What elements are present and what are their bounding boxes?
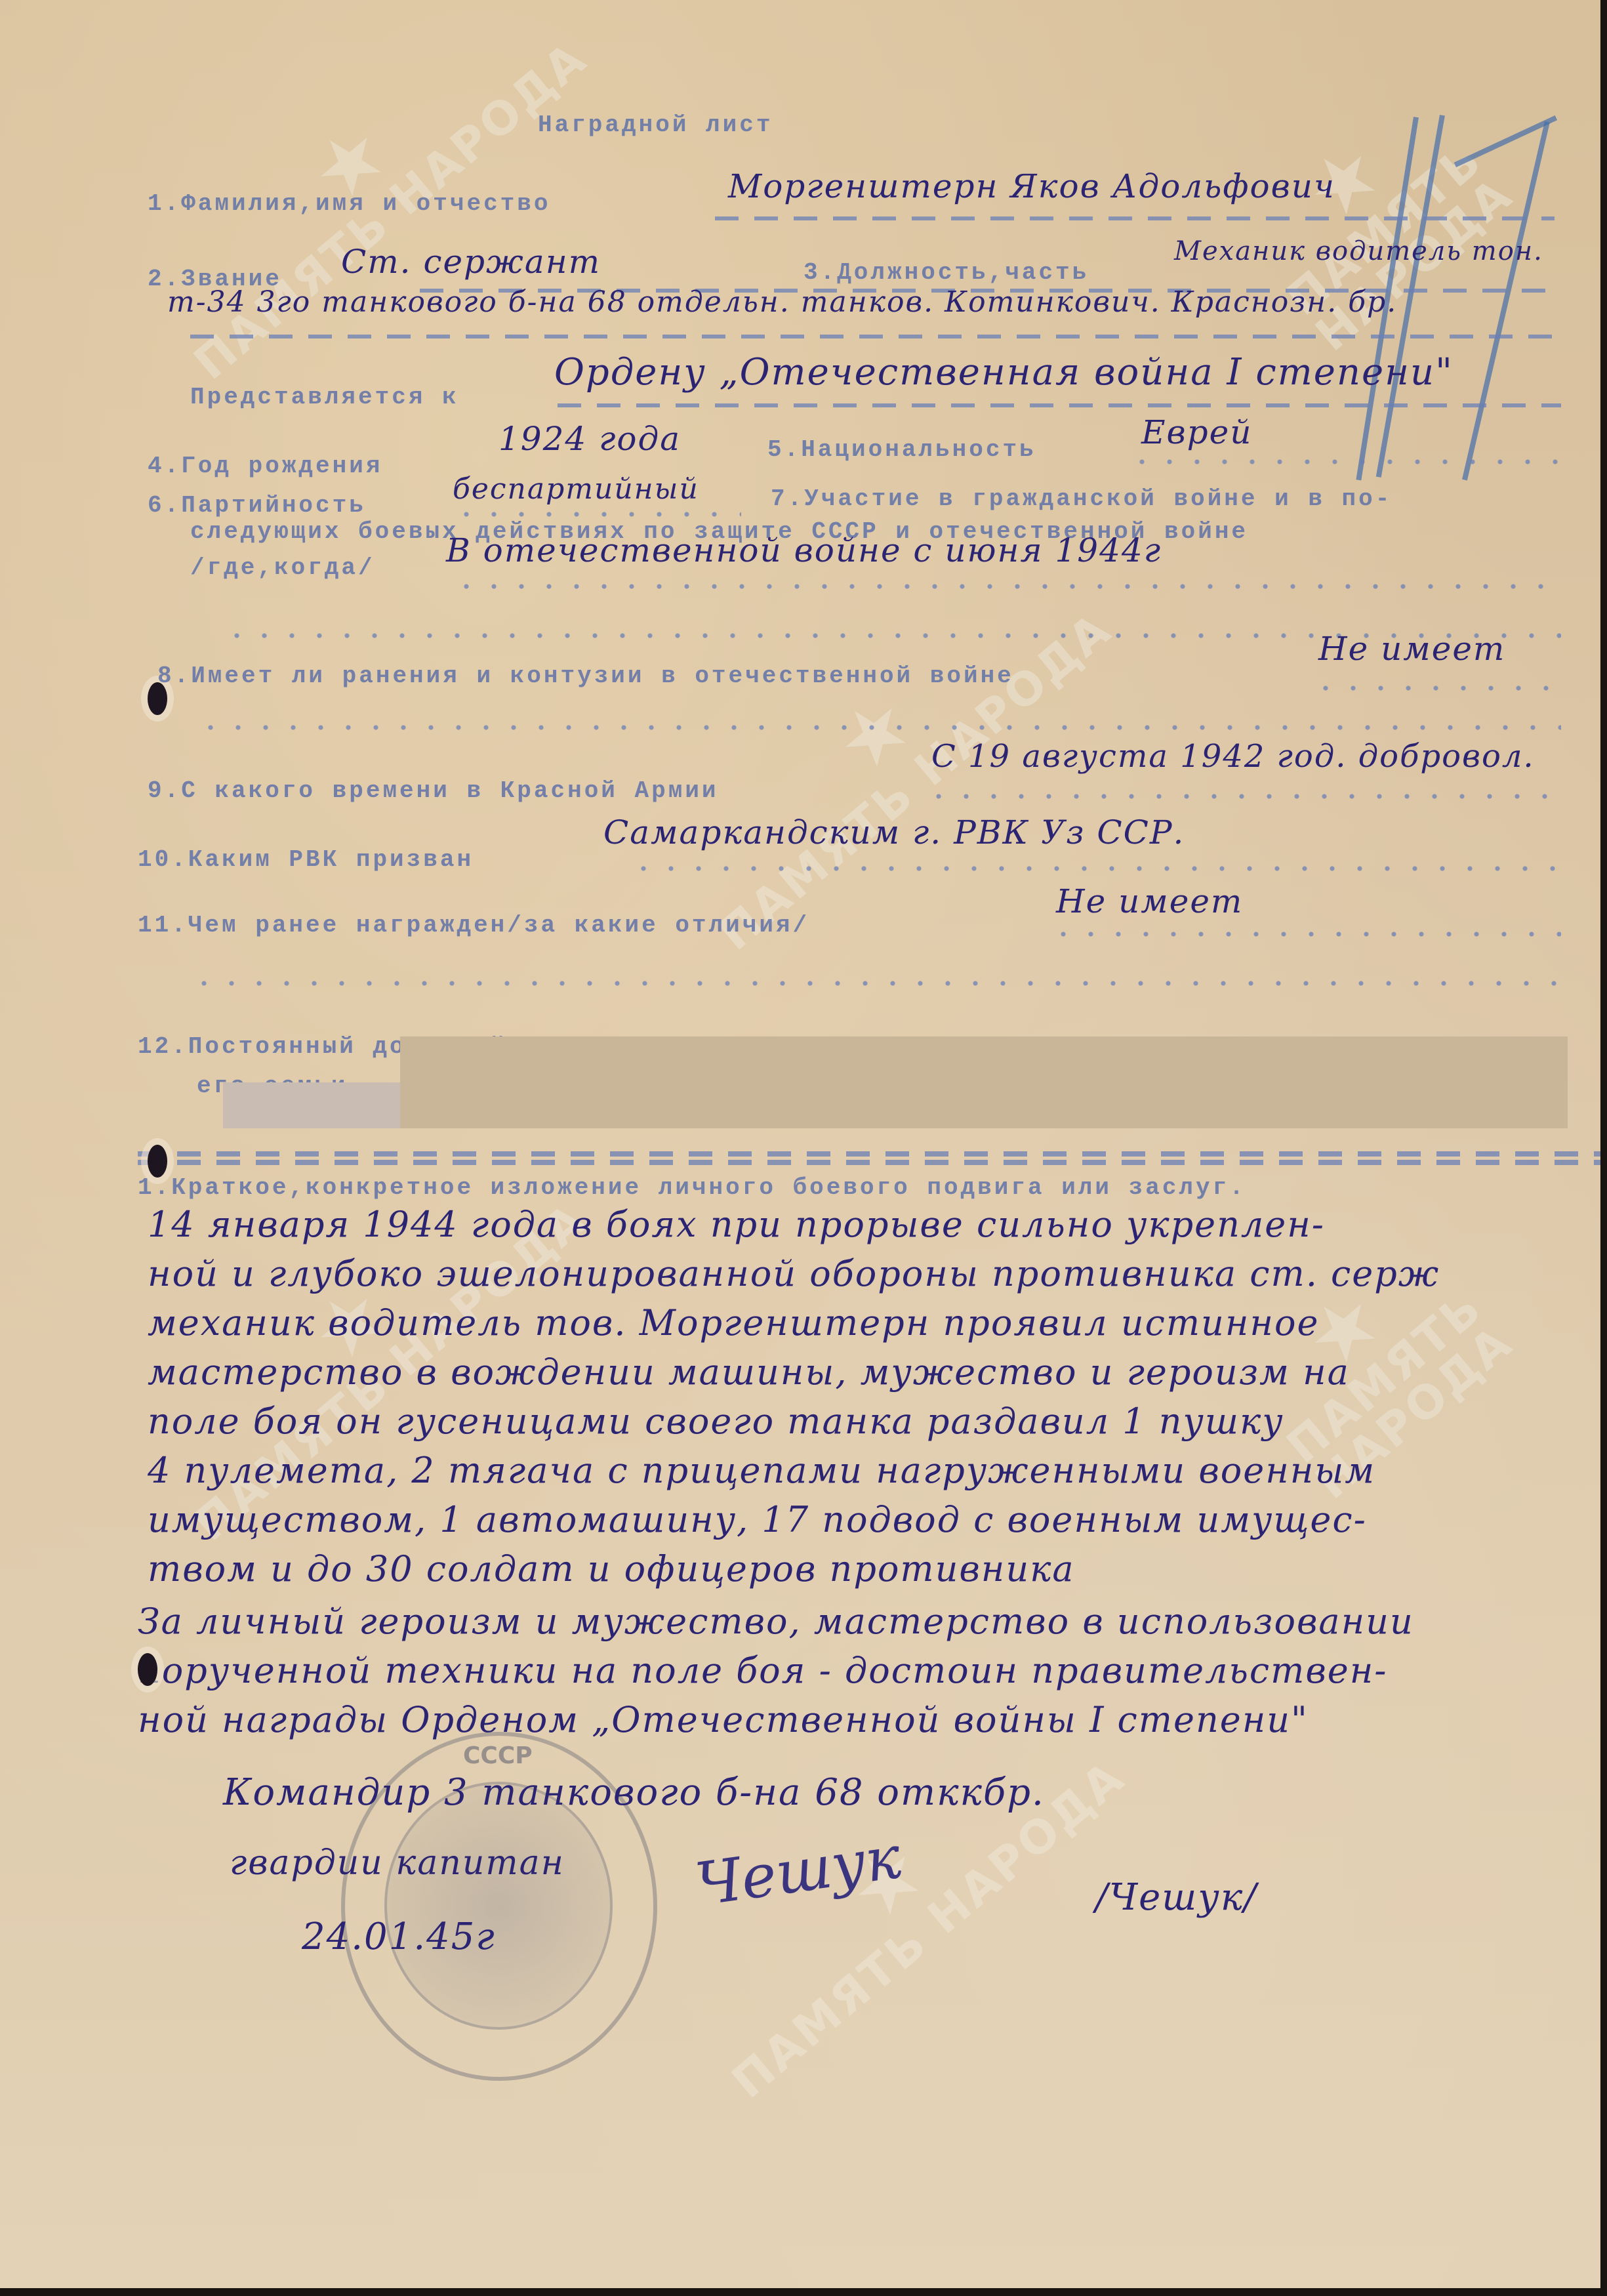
- field-10-label: 10.Каким РВК призван: [138, 846, 474, 873]
- dotted-line: [190, 335, 1561, 338]
- redacted-address: [223, 1082, 400, 1128]
- dotted-line: [558, 403, 1561, 407]
- field-7-label-line1: 7.Участие в гражданской войне и в по-: [771, 485, 1392, 512]
- field-1-value: Моргенштерн Яков Адольфович: [728, 167, 1335, 205]
- field-6-value: беспартийный: [453, 472, 699, 506]
- dotted-line: [190, 981, 1561, 986]
- binder-hole: [148, 1145, 167, 1178]
- narrative-line: 14 января 1944 года в боях при прорыве с…: [148, 1204, 1325, 1245]
- field-5-value: Еврей: [1141, 413, 1252, 451]
- narrative-line: порученной техники на поле боя - достоин…: [138, 1650, 1388, 1691]
- field-2-value: Ст. сержант: [341, 243, 601, 281]
- document-title: Наградной лист: [538, 112, 773, 138]
- stamp-emblem: [384, 1782, 613, 2030]
- field-4-value: 1924 года: [498, 420, 681, 458]
- field-8-label: 8.Имеет ли ранения и контузии в отечеств…: [157, 663, 1014, 689]
- dotted-line: [1312, 686, 1561, 691]
- field-11-label: 11.Чем ранее награжден/за какие отличия/: [138, 912, 809, 939]
- binder-hole: [138, 1653, 157, 1686]
- dotted-line: [453, 584, 1561, 589]
- field-1-label: 1.Фамилия,имя и отчество: [148, 190, 550, 217]
- dotted-line: [1128, 459, 1561, 464]
- narrative-label: 1.Краткое,конкретное изложение личного б…: [138, 1174, 1246, 1201]
- field-11-value: Не имеет: [1056, 882, 1243, 920]
- narrative-line: ной награды Орденом „Отечественной войны…: [138, 1699, 1309, 1740]
- narrative-line: ной и глубоко эшелонированной обороны пр…: [148, 1253, 1440, 1294]
- award-sheet: ★ПАМЯТЬ НАРОДА ★ПАМЯТЬ НАРОДА ★ПАМЯТЬ НА…: [0, 0, 1600, 2288]
- field-3-label: 3.Должность,часть: [803, 259, 1089, 286]
- presented-value: Ордену „Отечественная война I степени": [554, 351, 1454, 394]
- field-4-label: 4.Год рождения: [148, 453, 382, 480]
- dotted-line: [925, 794, 1561, 799]
- narrative-line: механик водитель тов. Моргенштерн прояви…: [148, 1302, 1319, 1343]
- field-7-label-line3: /где,когда/: [190, 554, 375, 581]
- field-3-value-continued: т-34 3го танкового б-на 68 отдельн. танк…: [167, 285, 1397, 319]
- stamp-text: СССР: [463, 1742, 533, 1769]
- double-rule: [138, 1151, 1600, 1157]
- presented-label: Представляется к: [190, 384, 459, 411]
- field-5-label: 5.Национальность: [767, 436, 1036, 463]
- narrative-line: имуществом, 1 автомашину, 17 подвод с во…: [148, 1499, 1367, 1540]
- signer-position: Командир 3 танкового б-на 68 отккбр.: [223, 1771, 1045, 1814]
- dotted-line: [197, 725, 1561, 730]
- field-8-value: Не имеет: [1318, 630, 1505, 668]
- signer-rank: гвардии капитан: [230, 1843, 565, 1883]
- dotted-line: [1049, 932, 1561, 937]
- field-7-value: В отечественной войне с июня 1944г: [446, 531, 1162, 569]
- double-rule: [138, 1160, 1600, 1165]
- dotted-line: [630, 866, 1561, 871]
- field-9-label: 9.С какого времени в Красной Армии: [148, 777, 719, 804]
- narrative-line: поле боя он гусеницами своего танка разд…: [148, 1401, 1284, 1442]
- redacted-address: [400, 1036, 1568, 1128]
- narrative-line: твом и до 30 солдат и офицеров противник…: [148, 1548, 1075, 1589]
- narrative-line: мастерство в вождении машины, мужество и…: [148, 1351, 1350, 1393]
- field-9-value: С 19 августа 1942 год. добровол.: [931, 738, 1535, 775]
- dotted-line: [453, 512, 741, 517]
- narrative-line: 4 пулемета, 2 тягача с прицепами нагруже…: [148, 1450, 1375, 1491]
- field-6-label: 6.Партийность: [148, 492, 366, 519]
- dotted-line: [715, 216, 1555, 220]
- field-3-value: Механик водитель тон.: [1174, 236, 1543, 266]
- narrative-line: За личный героизм и мужество, мастерство…: [138, 1601, 1414, 1642]
- signer-name: /Чешук/: [1095, 1876, 1257, 1919]
- field-10-value: Самаркандским г. РВК Уз ССР.: [603, 813, 1185, 851]
- signature-date: 24.01.45г: [302, 1916, 496, 1958]
